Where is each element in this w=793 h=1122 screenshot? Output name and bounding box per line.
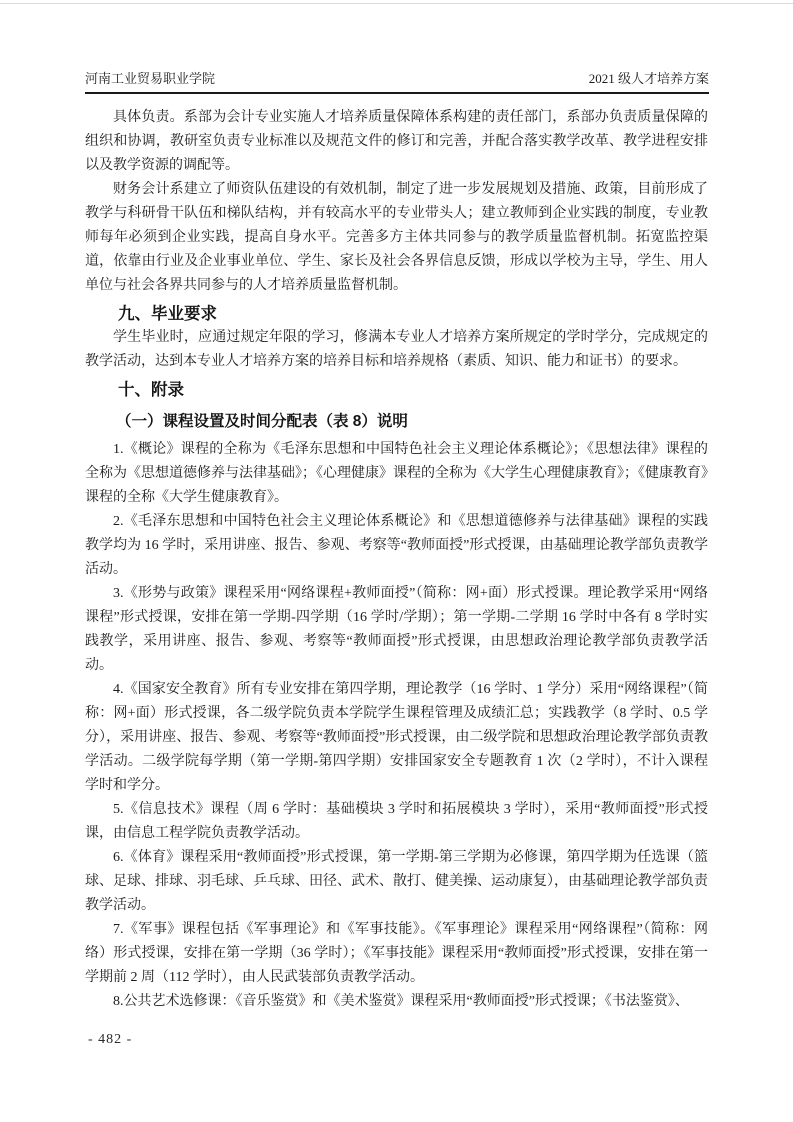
paragraph-faculty-mechanism: 财务会计系建立了师资队伍建设的有效机制，制定了进一步发展规划及措施、政策，目前形…	[85, 178, 708, 298]
paragraph-quality-assurance: 具体负责。系部为会计专业实施人才培养质量保障体系构建的责任部门，系部办负责质量保…	[85, 106, 708, 178]
list-paragraph-note-7: 7.《军事》课程包括《军事理论》和《军事技能》。《军事理论》课程采用“网络课程”…	[85, 918, 708, 990]
page-edge-line	[0, 3, 793, 4]
section-heading-appendix: 十、附录	[85, 378, 708, 402]
list-paragraph-note-6: 6.《体育》课程采用“教师面授”形式授课，第一学期-第三学期为必修课，第四学期为…	[85, 846, 708, 918]
header-school-name: 河南工业贸易职业学院	[85, 70, 215, 87]
paragraph-graduation-requirements: 学生毕业时，应通过规定年限的学习，修满本专业人才培养方案所规定的学时学分，完成规…	[85, 326, 708, 374]
list-paragraph-note-4: 4.《国家安全教育》所有专业安排在第四学期，理论教学（16 学时、1 学分）采用…	[85, 678, 708, 798]
page-number: - 482 -	[88, 1031, 132, 1049]
section-heading-graduation-requirements: 九、毕业要求	[85, 302, 708, 326]
document-page: 河南工业贸易职业学院 2021 级人才培养方案 具体负责。系部为会计专业实施人才…	[0, 0, 793, 1122]
page-header: 河南工业贸易职业学院 2021 级人才培养方案	[85, 70, 709, 94]
subsection-heading-course-table-notes: （一）课程设置及时间分配表（表 8）说明	[85, 410, 708, 434]
document-body: 具体负责。系部为会计专业实施人才培养质量保障体系构建的责任部门，系部办负责质量保…	[85, 106, 708, 1014]
list-paragraph-note-5: 5.《信息技术》课程（周 6 学时：基础模块 3 学时和拓展模块 3 学时），采…	[85, 798, 708, 846]
list-paragraph-note-2: 2.《毛泽东思想和中国特色社会主义理论体系概论》和《思想道德修养与法律基础》课程…	[85, 510, 708, 582]
list-paragraph-note-8: 8.公共艺术选修课：《音乐鉴赏》和《美术鉴赏》课程采用“教师面授”形式授课；《书…	[85, 990, 708, 1014]
list-paragraph-note-1: 1.《概论》课程的全称为《毛泽东思想和中国特色社会主义理论体系概论》；《思想法律…	[85, 438, 708, 510]
list-paragraph-note-3: 3.《形势与政策》课程采用“网络课程+教师面授”（简称：网+面）形式授课。理论教…	[85, 582, 708, 678]
header-doc-title: 2021 级人才培养方案	[589, 70, 709, 87]
